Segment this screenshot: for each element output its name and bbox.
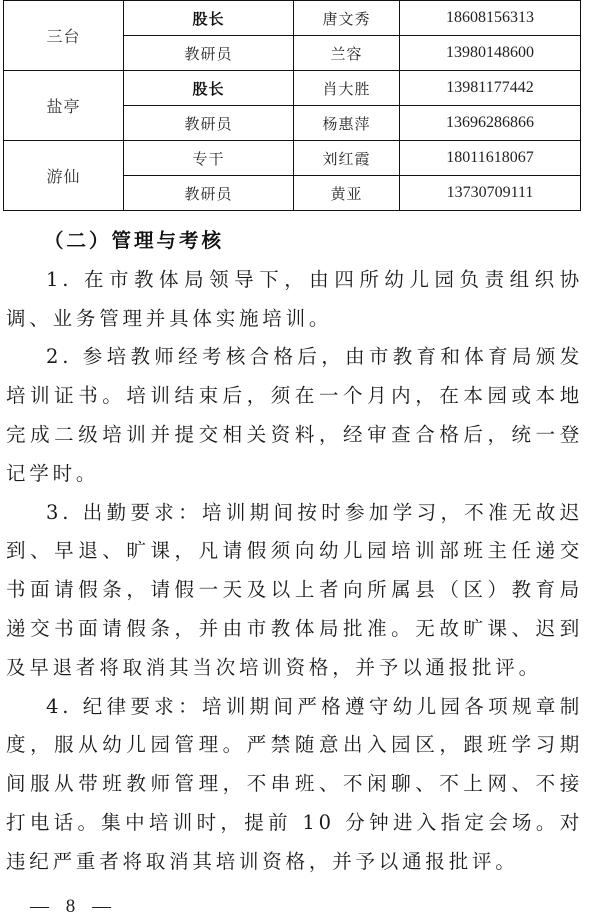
page-number: — 8 — xyxy=(30,896,117,918)
paragraph-2: 2. 参培教师经考核合格后，由市教育和体育局颁发培训证书。培训结束后，须在一个月… xyxy=(6,338,583,493)
phone-cell: 13981177442 xyxy=(400,71,581,106)
role-cell: 股长 xyxy=(124,1,294,36)
role-cell: 教研员 xyxy=(124,106,294,141)
phone-cell: 18608156313 xyxy=(400,1,581,36)
paragraph-1: 1. 在市教体局领导下，由四所幼儿园负责组织协调、业务管理并具体实施培训。 xyxy=(6,261,583,339)
table-row: 游仙 专干 刘红霞 18011618067 xyxy=(4,141,581,176)
phone-cell: 13980148600 xyxy=(400,36,581,71)
name-cell: 唐文秀 xyxy=(294,1,400,36)
region-cell: 三台 xyxy=(4,1,124,71)
section-heading: （二）管理与考核 xyxy=(6,222,583,261)
role-cell: 教研员 xyxy=(124,36,294,71)
phone-cell: 18011618067 xyxy=(400,141,581,176)
name-cell: 刘红霞 xyxy=(294,141,400,176)
name-cell: 肖大胜 xyxy=(294,71,400,106)
phone-cell: 13696286866 xyxy=(400,106,581,141)
contact-table: 三台 股长 唐文秀 18608156313 教研员 兰容 13980148600… xyxy=(3,0,581,211)
phone-cell: 13730709111 xyxy=(400,176,581,211)
table-row: 盐亭 股长 肖大胜 13981177442 xyxy=(4,71,581,106)
table-row: 三台 股长 唐文秀 18608156313 xyxy=(4,1,581,36)
name-cell: 杨惠萍 xyxy=(294,106,400,141)
document-body: （二）管理与考核 1. 在市教体局领导下，由四所幼儿园负责组织协调、业务管理并具… xyxy=(6,222,583,882)
region-cell: 游仙 xyxy=(4,141,124,211)
name-cell: 兰容 xyxy=(294,36,400,71)
role-cell: 教研员 xyxy=(124,176,294,211)
role-cell: 专干 xyxy=(124,141,294,176)
paragraph-4: 4. 纪律要求：培训期间严格遵守幼儿园各项规章制度，服从幼儿园管理。严禁随意出入… xyxy=(6,688,583,882)
region-cell: 盐亭 xyxy=(4,71,124,141)
paragraph-3: 3. 出勤要求：培训期间按时参加学习，不准无故迟到、早退、旷课，凡请假须向幼儿园… xyxy=(6,494,583,688)
name-cell: 黄亚 xyxy=(294,176,400,211)
role-cell: 股长 xyxy=(124,71,294,106)
